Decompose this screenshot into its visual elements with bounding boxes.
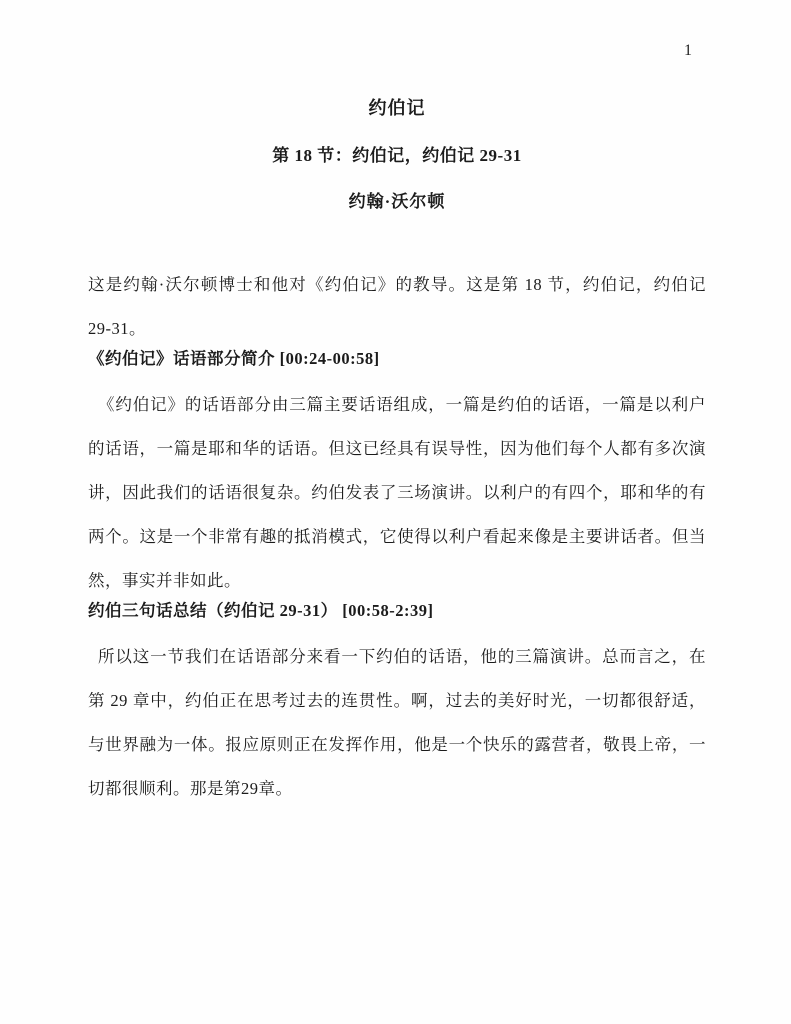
section-heading: 约伯三句话总结（约伯记 29-31） [00:58-2:39] bbox=[88, 589, 706, 633]
document-content: 约伯记 第 18 节：约伯记，约伯记 29-31 约翰·沃尔顿 这是约翰·沃尔顿… bbox=[88, 96, 706, 811]
document-subtitle: 第 18 节：约伯记，约伯记 29-31 bbox=[88, 144, 706, 168]
page-number: 1 bbox=[684, 42, 692, 60]
document-author: 约翰·沃尔顿 bbox=[88, 190, 706, 214]
section-heading: 《约伯记》话语部分简介 [00:24-00:58] bbox=[88, 337, 706, 381]
document-title: 约伯记 bbox=[88, 96, 706, 120]
document-body: 这是约翰·沃尔顿博士和他对《约伯记》的教导。这是第 18 节，约伯记，约伯记 2… bbox=[88, 263, 706, 811]
body-paragraph: 所以这一节我们在话语部分来看一下约伯的话语，他的三篇演讲。总而言之，在第 29 … bbox=[88, 635, 706, 811]
document-page: 1 约伯记 第 18 节：约伯记，约伯记 29-31 约翰·沃尔顿 这是约翰·沃… bbox=[0, 0, 791, 1024]
body-paragraph: 《约伯记》的话语部分由三篇主要话语组成，一篇是约伯的话语，一篇是以利户的话语，一… bbox=[88, 383, 706, 603]
